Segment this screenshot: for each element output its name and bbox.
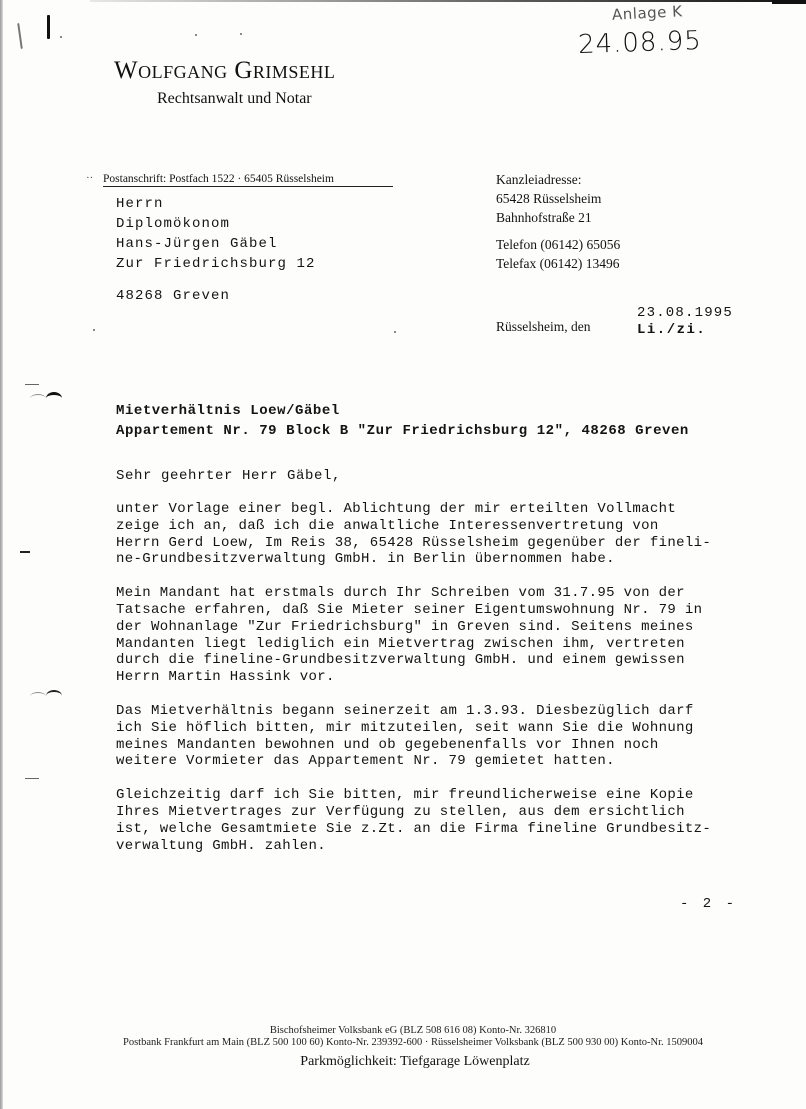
paragraph-1: unter Vorlage einer begl. Ablichtung der… [116, 501, 776, 568]
margin-arc-mark [46, 690, 62, 702]
body-line: Mein Mandant hat erstmals durch Ihr Schr… [116, 585, 776, 602]
recipient-line: Diplomökonom [116, 214, 316, 234]
subject: Mietverhältnis Loew/Gäbel Appartement Nr… [116, 401, 689, 441]
recipient-line: Zur Friedrichsburg 12 [116, 254, 316, 274]
office-fax: Telefax (06142) 13496 [496, 254, 620, 273]
body-line: Herrn Gerd Loew, Im Reis 38, 65428 Rüsse… [116, 535, 776, 552]
body-line: der Wohnanlage "Zur Friedrichsburg" in G… [116, 619, 776, 636]
office-address: Kanzleiadresse: 65428 Rüsselsheim Bahnho… [496, 170, 620, 273]
speck [60, 36, 62, 38]
handwritten-date: 24.08.95 [578, 26, 703, 60]
body-line: weitere Vormieter das Appartement Nr. 79… [116, 753, 776, 770]
body-line: ich Sie höflich bitten, mir mitzuteilen,… [116, 720, 776, 737]
footer-bank-info-1: Bischofsheimer Volksbank eG (BLZ 508 616… [10, 1025, 806, 1036]
body-line: ne-Grundbesitzverwaltung GmbH. in Berlin… [116, 551, 776, 568]
page-edge [0, 0, 3, 1109]
spacer [116, 274, 316, 286]
recipient-line: Hans-Jürgen Gäbel [116, 234, 316, 254]
body-line: Herrn Martin Hassink vor. [116, 669, 776, 686]
office-city: 65428 Rüsselsheim [496, 189, 620, 208]
salutation: Sehr geehrter Herr Gäbel, [116, 468, 341, 484]
page-number: - 2 - [680, 896, 737, 912]
handwritten-annex-note: Anlage K [612, 2, 683, 24]
margin-dash [25, 778, 39, 779]
staple-mark-left [17, 23, 23, 49]
letter-body: unter Vorlage einer begl. Ablichtung der… [116, 501, 776, 871]
body-line: Ihres Mietvertrages zur Verfügung zu ste… [116, 804, 776, 821]
page-edge-top [90, 0, 806, 2]
recipient-city: 48268 Greven [116, 286, 316, 306]
postal-address: Postanschrift: Postfach 1522 · 65405 Rüs… [103, 173, 393, 187]
paragraph-2: Mein Mandant hat erstmals durch Ihr Schr… [116, 585, 776, 686]
margin-dash [20, 551, 30, 553]
footer-parking-info: Parkmöglichkeit: Tiefgarage Löwenplatz [12, 1054, 806, 1070]
office-phone: Telefon (06142) 65056 [496, 235, 620, 254]
margin-dash [25, 384, 39, 385]
margin-arc-mark [30, 692, 46, 701]
body-line: verwaltung GmbH. zahlen. [116, 838, 776, 855]
subject-line-1: Mietverhältnis Loew/Gäbel [116, 401, 689, 421]
body-line: meines Mandanten bewohnen und ob gegeben… [116, 737, 776, 754]
paragraph-3: Das Mietverhältnis begann seinerzeit am … [116, 703, 776, 770]
body-line: Gleichzeitig darf ich Sie bitten, mir fr… [116, 787, 776, 804]
letter-date: 23.08.1995 [637, 305, 733, 321]
margin-arc-mark [46, 392, 62, 405]
body-line: Das Mietverhältnis begann seinerzeit am … [116, 703, 776, 720]
page-corner-shadow [772, 0, 806, 4]
body-line: Tatsache erfahren, daß Sie Mieter seiner… [116, 602, 776, 619]
letterhead-name: Wolfgang Grimsehl [114, 57, 335, 85]
staple-mark-right [47, 15, 50, 39]
footer-bank-info-2: Postbank Frankfurt am Main (BLZ 500 100 … [10, 1037, 806, 1048]
body-line: ist, welche Gesamtmiete Sie z.Zt. an die… [116, 821, 776, 838]
body-line: durch die fineline-Grundbesitzverwaltung… [116, 652, 776, 669]
speck [394, 331, 396, 333]
recipient-line: Herrn [116, 194, 316, 214]
paragraph-4: Gleichzeitig darf ich Sie bitten, mir fr… [116, 787, 776, 854]
letterhead-title: Rechtsanwalt und Notar [157, 90, 312, 108]
subject-line-2: Appartement Nr. 79 Block B "Zur Friedric… [116, 421, 689, 441]
speck [93, 329, 95, 331]
spacer [496, 227, 620, 235]
reference-code: Li./zi. [637, 322, 706, 338]
body-line: Mandanten liegt lediglich ein Mietvertra… [116, 636, 776, 653]
body-line: unter Vorlage einer begl. Ablichtung der… [116, 501, 776, 518]
postal-dots: ·· [86, 172, 93, 184]
speck [195, 34, 197, 36]
body-line: zeige ich an, daß ich die anwaltliche In… [116, 518, 776, 535]
speck [240, 33, 242, 35]
office-street: Bahnhofstraße 21 [496, 208, 620, 227]
date-label: Rüsselsheim, den [496, 319, 591, 335]
margin-arc-mark [30, 394, 46, 403]
office-label: Kanzleiadresse: [496, 170, 620, 189]
recipient-address: Herrn Diplomökonom Hans-Jürgen Gäbel Zur… [116, 194, 316, 306]
